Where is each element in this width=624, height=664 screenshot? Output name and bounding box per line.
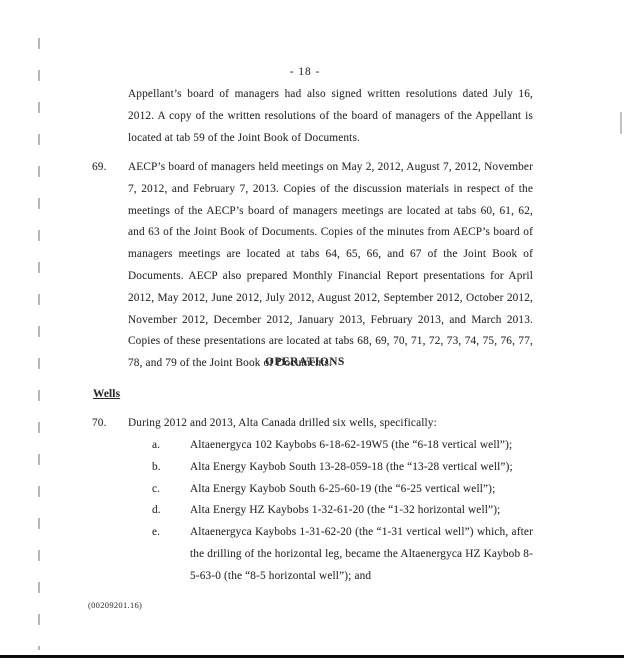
well-a-letter: a.	[152, 435, 160, 457]
well-c-text: Alta Energy Kaybob South 6-25-60-19 (the…	[190, 479, 533, 501]
well-c-letter: c.	[152, 479, 160, 501]
paragraph-69: 69. AECP’s board of managers held meetin…	[92, 157, 533, 375]
document-number-footer: (00209201.16)	[88, 600, 142, 610]
well-d-text: Alta Energy HZ Kaybobs 1-32-61-20 (the “…	[190, 500, 533, 522]
paragraph-69-text: AECP’s board of managers held meetings o…	[128, 157, 533, 375]
paragraph-69-number: 69.	[92, 157, 107, 179]
list-item-well-c: c. Alta Energy Kaybob South 6-25-60-19 (…	[0, 479, 624, 501]
scan-artifact-right-edge	[620, 112, 622, 134]
page-number-header: - 18 -	[80, 62, 530, 84]
well-list: a. Altaenergyca 102 Kaybobs 6-18-62-19W5…	[0, 435, 624, 588]
paragraph-70: 70. During 2012 and 2013, Alta Canada dr…	[92, 413, 533, 435]
well-a-text: Altaenergyca 102 Kaybobs 6-18-62-19W5 (t…	[190, 435, 533, 457]
list-item-well-b: b. Alta Energy Kaybob South 13-28-059-18…	[0, 457, 624, 479]
list-item-well-e: e. Altaenergyca Kaybobs 1-31-62-20 (the …	[0, 522, 624, 587]
well-d-letter: d.	[152, 500, 161, 522]
wells-subsection-heading: Wells	[93, 384, 120, 406]
scan-edge-bottom	[0, 655, 624, 658]
scan-artifact-left-edge	[38, 38, 40, 650]
paragraph-70-text: During 2012 and 2013, Alta Canada drille…	[128, 413, 533, 435]
list-item-well-d: d. Alta Energy HZ Kaybobs 1-32-61-20 (th…	[0, 500, 624, 522]
continuation-paragraph: Appellant’s board of managers had also s…	[128, 84, 533, 149]
paragraph-70-number: 70.	[92, 413, 107, 435]
well-b-letter: b.	[152, 457, 161, 479]
well-e-text: Altaenergyca Kaybobs 1-31-62-20 (the “1-…	[190, 522, 533, 587]
well-b-text: Alta Energy Kaybob South 13-28-059-18 (t…	[190, 457, 533, 479]
well-e-letter: e.	[152, 522, 160, 544]
operations-section-heading: OPERATIONS	[80, 352, 530, 374]
scanned-document-page: - 18 - Appellant’s board of managers had…	[0, 0, 624, 664]
list-item-well-a: a. Altaenergyca 102 Kaybobs 6-18-62-19W5…	[0, 435, 624, 457]
